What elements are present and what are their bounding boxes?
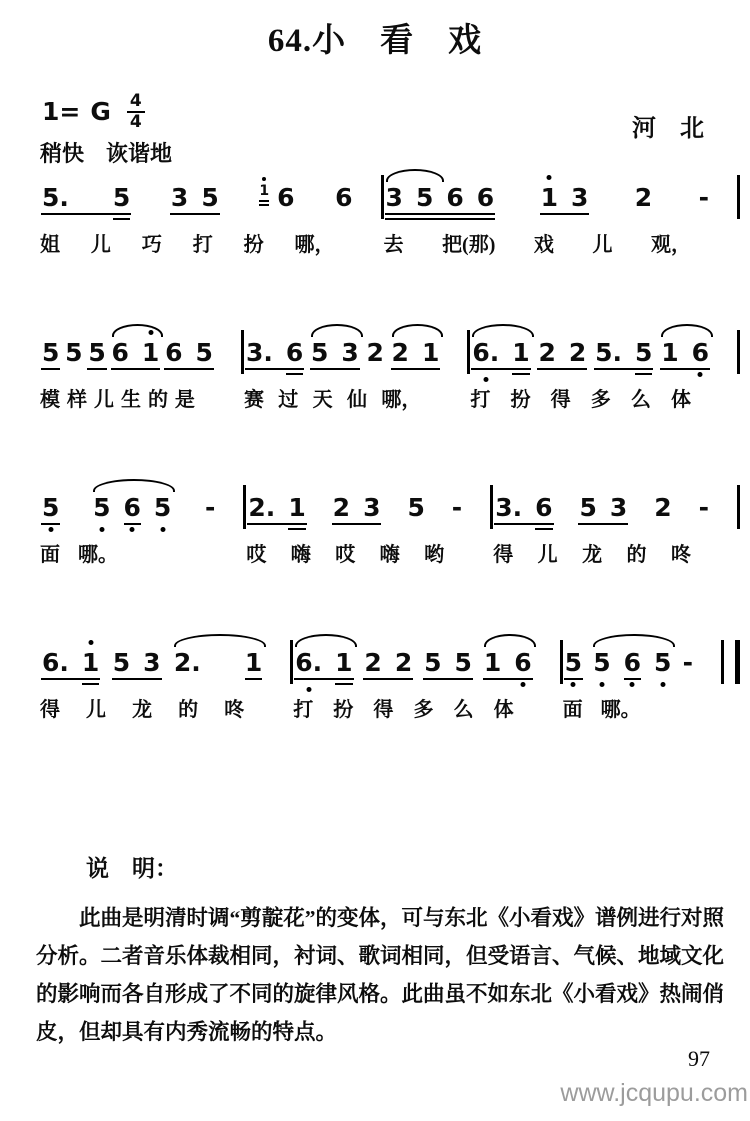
beam-line bbox=[294, 678, 353, 681]
lyrics-row: 打扮得多么体 bbox=[470, 383, 737, 412]
song-title: 64.小 看 戏 bbox=[0, 14, 750, 61]
slur-arc bbox=[93, 479, 175, 492]
lyric-syllable: 体 bbox=[671, 383, 691, 412]
note: 3 bbox=[171, 185, 188, 210]
note-group: 5.5 bbox=[595, 340, 652, 365]
note: 2 bbox=[395, 650, 412, 675]
dash-note: - bbox=[699, 495, 709, 520]
note-group: 565 bbox=[593, 650, 671, 675]
slur-arc bbox=[311, 324, 363, 337]
note: 3. bbox=[495, 495, 522, 520]
lyric-syllable: 打 bbox=[293, 693, 313, 722]
note-group: 13 bbox=[541, 185, 589, 210]
note: 5. bbox=[595, 340, 622, 365]
octave-dot-below bbox=[571, 682, 576, 687]
note-beam-line bbox=[635, 373, 652, 376]
lyric-syllable: 天 bbox=[313, 383, 333, 412]
note: 5 bbox=[196, 340, 213, 365]
explanation-body: 此曲是明清时调“剪靛花”的变体，可与东北《小看戏》谱例进行对照分析。二者音乐体裁… bbox=[36, 899, 724, 1051]
beam-line bbox=[471, 368, 530, 371]
lyric-syllable: 面 bbox=[40, 538, 60, 567]
lyric-syllable: 哪， bbox=[295, 228, 335, 257]
beam-line bbox=[578, 523, 628, 526]
measure: 5.535166姐儿巧打扮哪， bbox=[40, 180, 381, 257]
note: 6 bbox=[286, 340, 303, 365]
note-group: 65 bbox=[165, 340, 213, 365]
lyric-syllable: 儿 bbox=[592, 228, 612, 257]
note: 3 bbox=[341, 340, 358, 365]
note: 2 bbox=[569, 340, 586, 365]
lyric-syllable: 的 bbox=[148, 383, 168, 412]
note-group: - bbox=[205, 495, 215, 520]
lyric-syllable: 哎 bbox=[246, 538, 266, 567]
lyrics-row: 得儿龙的咚 bbox=[493, 538, 737, 567]
lyric-syllable: 面 bbox=[563, 693, 583, 722]
slur-arc bbox=[661, 324, 713, 337]
note: 6. bbox=[42, 650, 69, 675]
dash-note: - bbox=[205, 495, 215, 520]
note-group: 2 bbox=[654, 495, 671, 520]
beam-line bbox=[423, 678, 473, 681]
score-line: 5.535166姐儿巧打扮哪，3566132-去把(那)戏儿观， bbox=[40, 160, 740, 257]
beam-line bbox=[385, 218, 496, 221]
lyrics-row: 模样儿生的是 bbox=[40, 383, 241, 412]
region-label: 河 北 bbox=[632, 108, 704, 143]
beam-line bbox=[164, 368, 214, 371]
beam-line bbox=[41, 368, 60, 371]
lyric-syllable: 哪。 bbox=[78, 538, 118, 567]
note: 2 bbox=[333, 495, 350, 520]
lyric-syllable: 体 bbox=[494, 693, 514, 722]
lyric-syllable: 赛 bbox=[244, 383, 264, 412]
note-beam-line bbox=[286, 373, 303, 376]
measure: 6.1225.516打扮得多么体 bbox=[470, 335, 737, 412]
lyric-syllable: 嗨 bbox=[291, 538, 311, 567]
note: 6 bbox=[535, 495, 552, 520]
note-group: 565 bbox=[93, 495, 171, 520]
note: 2. bbox=[174, 650, 201, 675]
lyric-syllable: 姐 bbox=[40, 228, 60, 257]
note: 2 bbox=[366, 340, 383, 365]
measure: 3.653221赛过天仙哪， bbox=[244, 335, 467, 412]
lyric-syllable: 打 bbox=[193, 228, 213, 257]
note: 5 bbox=[113, 650, 130, 675]
octave-dot-below bbox=[599, 682, 604, 687]
beam-line bbox=[594, 368, 653, 371]
note: 3 bbox=[386, 185, 403, 210]
final-double-barline bbox=[721, 640, 740, 684]
lyric-syllable: 咚 bbox=[671, 538, 691, 567]
note: 5 bbox=[593, 650, 610, 675]
octave-dot-below bbox=[630, 682, 635, 687]
note: 2 bbox=[364, 650, 381, 675]
note: 6 bbox=[692, 340, 709, 365]
measure: 3.6532-得儿龙的咚 bbox=[493, 490, 737, 567]
note: 6 bbox=[624, 650, 641, 675]
note-beam-line bbox=[82, 683, 99, 686]
lyric-syllable: 咚 bbox=[224, 693, 244, 722]
slur-arc bbox=[472, 324, 533, 337]
note-group: 61 bbox=[112, 340, 160, 365]
notes-row: 2.1235- bbox=[246, 490, 490, 520]
note: 1 bbox=[245, 650, 262, 675]
note-group: 6.1 bbox=[295, 650, 352, 675]
lyric-syllable: 得 bbox=[373, 693, 393, 722]
note: 2 bbox=[635, 185, 652, 210]
octave-dot-below bbox=[130, 527, 135, 532]
lyric-syllable: 得 bbox=[40, 693, 60, 722]
lyrics-row: 哎嗨哎嗨哟 bbox=[246, 538, 490, 567]
note-beam-line bbox=[259, 200, 269, 202]
note-group: 16 bbox=[484, 650, 532, 675]
note-group: - bbox=[452, 495, 462, 520]
slur-arc bbox=[112, 324, 164, 337]
note-group: 6 bbox=[335, 185, 352, 210]
note-group: 3566 bbox=[386, 185, 495, 210]
note: 1 bbox=[661, 340, 678, 365]
note-beam-line bbox=[335, 683, 352, 686]
beam-line bbox=[170, 213, 220, 216]
note-group: 5 bbox=[88, 340, 105, 365]
note: 1 bbox=[335, 650, 352, 675]
lyric-syllable: 去 bbox=[384, 228, 404, 257]
lyric-syllable: 样 bbox=[67, 383, 87, 412]
note: 5 bbox=[88, 340, 105, 365]
note: 5 bbox=[416, 185, 433, 210]
note: 3 bbox=[610, 495, 627, 520]
note: 5 bbox=[565, 650, 582, 675]
lyrics-row: 去把(那)戏儿观， bbox=[384, 228, 737, 257]
lyric-syllable: 龙 bbox=[582, 538, 602, 567]
note-group: 2 bbox=[366, 340, 383, 365]
lyric-syllable: 巧 bbox=[142, 228, 162, 257]
note: 6. bbox=[295, 650, 322, 675]
note-group: 5 bbox=[42, 495, 59, 520]
beam-line bbox=[41, 213, 131, 216]
note-group: 16 bbox=[259, 184, 294, 210]
page-number: 97 bbox=[688, 1046, 710, 1072]
lyric-syllable: 把(那) bbox=[442, 228, 495, 257]
note: 3 bbox=[363, 495, 380, 520]
measure: 5565-面哪。 bbox=[563, 645, 721, 722]
note-group: 5 bbox=[565, 650, 582, 675]
lyrics-row: 赛过天仙哪， bbox=[244, 383, 467, 412]
note: 6 bbox=[112, 340, 129, 365]
note: 6 bbox=[477, 185, 494, 210]
note-group: 53 bbox=[113, 650, 161, 675]
octave-dot-below bbox=[48, 527, 53, 532]
slur-arc bbox=[484, 634, 536, 647]
lyrics-row: 姐儿巧打扮哪， bbox=[40, 228, 381, 257]
beam-line bbox=[310, 368, 360, 371]
octave-dot-below bbox=[306, 687, 311, 692]
slur-arc bbox=[392, 324, 444, 337]
lyric-syllable: 模 bbox=[40, 383, 60, 412]
lyric-syllable: 哟 bbox=[424, 538, 444, 567]
slur-arc bbox=[295, 634, 356, 647]
beam-line bbox=[537, 368, 587, 371]
note: 6 bbox=[335, 185, 352, 210]
note-group: 35 bbox=[171, 185, 219, 210]
lyric-syllable: 哪。 bbox=[601, 693, 641, 722]
lyric-syllable: 戏 bbox=[534, 228, 554, 257]
note-group: 6.1 bbox=[472, 340, 529, 365]
lyric-syllable: 哎 bbox=[335, 538, 355, 567]
lyric-syllable: 仙 bbox=[347, 383, 367, 412]
grace-note: 1 bbox=[259, 184, 269, 198]
note-group: - bbox=[699, 495, 709, 520]
note-group: 22 bbox=[364, 650, 412, 675]
measure: 5556165模样儿生的是 bbox=[40, 335, 241, 412]
note: 6 bbox=[165, 340, 182, 365]
note: 1 bbox=[288, 495, 305, 520]
beam-line bbox=[332, 523, 382, 526]
beam-line bbox=[41, 523, 60, 526]
note-group: 21 bbox=[392, 340, 440, 365]
beam-line bbox=[391, 368, 441, 371]
note: 6 bbox=[514, 650, 531, 675]
measure: 2.1235-哎嗨哎嗨哟 bbox=[246, 490, 490, 567]
octave-dot-below bbox=[520, 682, 525, 687]
octave-dot-above bbox=[547, 175, 552, 180]
key-letter: G bbox=[90, 97, 111, 126]
time-denominator: 4 bbox=[127, 113, 145, 132]
lyric-syllable: 是 bbox=[175, 383, 195, 412]
note: 5 bbox=[654, 650, 671, 675]
beam-line bbox=[247, 523, 306, 526]
watermark-url: www.jcqupu.com bbox=[560, 1079, 748, 1108]
note: 3 bbox=[571, 185, 588, 210]
note: 5 bbox=[42, 340, 59, 365]
beam-line bbox=[112, 678, 162, 681]
note-beam-line bbox=[124, 523, 141, 526]
note: 5 bbox=[579, 495, 596, 520]
beam-line bbox=[245, 368, 304, 371]
note-group: - bbox=[699, 185, 709, 210]
notes-row: 5565- bbox=[563, 645, 721, 675]
lyric-syllable: 得 bbox=[551, 383, 571, 412]
octave-dot-below bbox=[660, 682, 665, 687]
lyric-syllable: 哪， bbox=[381, 383, 421, 412]
notes-row: 5.535166 bbox=[40, 180, 381, 210]
notes-row: 3.653221 bbox=[244, 335, 467, 365]
note-group: 6.1 bbox=[42, 650, 99, 675]
slur-arc bbox=[174, 634, 266, 647]
notes-row: 3.6532- bbox=[493, 490, 737, 520]
note-group: 2.1 bbox=[248, 495, 305, 520]
lyric-syllable: 儿 bbox=[86, 693, 106, 722]
dash-note: - bbox=[683, 650, 693, 675]
notes-row: 3566132- bbox=[384, 180, 737, 210]
note: 6. bbox=[472, 340, 499, 365]
lyrics-row: 打扮得多么体 bbox=[293, 693, 559, 722]
measure: 6.1225516打扮得多么体 bbox=[293, 645, 559, 722]
note-group: 5 bbox=[42, 340, 59, 365]
score-line: 5556165模样儿生的是3.653221赛过天仙哪，6.1225.516打扮得… bbox=[40, 315, 740, 412]
octave-dot-below bbox=[160, 527, 165, 532]
octave-dot-above bbox=[88, 640, 93, 645]
note: 6 bbox=[277, 185, 294, 210]
dash-note: - bbox=[452, 495, 462, 520]
beam-line bbox=[494, 523, 553, 526]
notes-row: 6.1532.1 bbox=[40, 645, 290, 675]
notes-row: 5556165 bbox=[40, 335, 241, 365]
time-numerator: 4 bbox=[127, 92, 145, 113]
note-beam-line bbox=[259, 204, 269, 206]
note-group: 23 bbox=[333, 495, 381, 520]
notes-row: 5565- bbox=[40, 490, 243, 520]
note: 1 bbox=[82, 650, 99, 675]
note-beam-line bbox=[245, 678, 262, 681]
note-group: 2.1 bbox=[174, 650, 262, 675]
note-group: 2 bbox=[635, 185, 652, 210]
note: 5 bbox=[201, 185, 218, 210]
note: 5 bbox=[424, 650, 441, 675]
key-signature: 1= G 4 4 bbox=[42, 92, 145, 131]
note: 5 bbox=[93, 495, 110, 520]
note-group: 53 bbox=[311, 340, 359, 365]
beam-line bbox=[660, 368, 710, 371]
beam-line bbox=[385, 213, 496, 216]
dash-note: - bbox=[699, 185, 709, 210]
notes-row: 6.1225516 bbox=[293, 645, 559, 675]
key-prefix: 1= bbox=[42, 97, 80, 126]
barline bbox=[737, 485, 740, 529]
measure: 6.1532.1得儿龙的咚 bbox=[40, 645, 290, 722]
note-group: - bbox=[683, 650, 693, 675]
lyric-syllable: 儿 bbox=[538, 538, 558, 567]
lyric-syllable: 么 bbox=[631, 383, 651, 412]
octave-dot-above bbox=[262, 177, 266, 181]
note: 2. bbox=[248, 495, 275, 520]
octave-dot-below bbox=[99, 527, 104, 532]
beam-line bbox=[111, 368, 161, 371]
lyric-syllable: 观， bbox=[651, 228, 691, 257]
lyric-syllable: 的 bbox=[627, 538, 647, 567]
lyric-syllable: 嗨 bbox=[380, 538, 400, 567]
beam-line bbox=[564, 678, 583, 681]
note: 5 bbox=[455, 650, 472, 675]
barline bbox=[737, 175, 740, 219]
note: 1 bbox=[142, 340, 159, 365]
lyric-syllable: 龙 bbox=[132, 693, 152, 722]
sheet-music-page: 64.小 看 戏 1= G 4 4 河 北 稍快 诙谐地 5.535166姐儿巧… bbox=[0, 0, 750, 1121]
lyrics-row: 面哪。 bbox=[563, 693, 721, 722]
note: 5 bbox=[311, 340, 328, 365]
note: 5 bbox=[42, 495, 59, 520]
slur-arc bbox=[386, 169, 444, 182]
beam-line bbox=[87, 368, 106, 371]
note: 2 bbox=[392, 340, 409, 365]
note: 6 bbox=[446, 185, 463, 210]
note: 1 bbox=[512, 340, 529, 365]
note-group: 55 bbox=[424, 650, 472, 675]
note: 5 bbox=[407, 495, 424, 520]
note-group: 22 bbox=[538, 340, 586, 365]
beam-line bbox=[540, 213, 590, 216]
note-group: 5.5 bbox=[42, 185, 130, 210]
explanation-heading: 说 明： bbox=[86, 850, 724, 883]
time-signature: 4 4 bbox=[127, 92, 145, 131]
note: 5 bbox=[65, 340, 82, 365]
lyric-syllable: 多 bbox=[591, 383, 611, 412]
lyrics-row: 得儿龙的咚 bbox=[40, 693, 290, 722]
lyric-syllable: 儿 bbox=[94, 383, 114, 412]
note-beam-line bbox=[535, 528, 552, 531]
explanation-section: 说 明： 此曲是明清时调“剪靛花”的变体，可与东北《小看戏》谱例进行对照分析。二… bbox=[36, 850, 724, 1051]
measure: 5565-面哪。 bbox=[40, 490, 243, 567]
slur-arc bbox=[593, 634, 675, 647]
beam-line bbox=[483, 678, 533, 681]
note-group: 5 bbox=[65, 340, 82, 365]
note-beam-line bbox=[288, 528, 305, 531]
octave-dot-below bbox=[698, 372, 703, 377]
lyric-syllable: 扮 bbox=[244, 228, 264, 257]
lyric-syllable: 的 bbox=[178, 693, 198, 722]
note: 5 bbox=[635, 340, 652, 365]
note: 5 bbox=[113, 185, 130, 210]
lyric-syllable: 生 bbox=[121, 383, 141, 412]
note-group: 3.6 bbox=[495, 495, 552, 520]
note: 1 bbox=[422, 340, 439, 365]
lyric-syllable: 扮 bbox=[511, 383, 531, 412]
note: 5. bbox=[42, 185, 69, 210]
note-beam-line bbox=[624, 678, 641, 681]
note: 2 bbox=[538, 340, 555, 365]
lyric-syllable: 扮 bbox=[333, 693, 353, 722]
note-beam-line bbox=[512, 373, 529, 376]
score: 5.535166姐儿巧打扮哪，3566132-去把(那)戏儿观，5556165模… bbox=[40, 160, 740, 780]
notes-row: 6.1225.516 bbox=[470, 335, 737, 365]
note-beam-line bbox=[113, 218, 130, 221]
note: 1 bbox=[484, 650, 501, 675]
lyric-syllable: 多 bbox=[413, 693, 433, 722]
lyrics-row: 面哪。 bbox=[40, 538, 243, 567]
lyric-syllable: 么 bbox=[454, 693, 474, 722]
note: 3 bbox=[143, 650, 160, 675]
barline bbox=[737, 330, 740, 374]
note: 6 bbox=[124, 495, 141, 520]
note-group: 3.6 bbox=[246, 340, 303, 365]
lyric-syllable: 儿 bbox=[91, 228, 111, 257]
note: 3. bbox=[246, 340, 273, 365]
score-line: 5565-面哪。2.1235-哎嗨哎嗨哟3.6532-得儿龙的咚 bbox=[40, 470, 740, 567]
note-group: 5 bbox=[407, 495, 424, 520]
beam-line bbox=[363, 678, 413, 681]
note-group: 16 bbox=[661, 340, 709, 365]
note: 1 bbox=[541, 185, 558, 210]
beam-line bbox=[41, 678, 100, 681]
note-group: 53 bbox=[579, 495, 627, 520]
measure: 3566132-去把(那)戏儿观， bbox=[384, 180, 737, 257]
score-line: 6.1532.1得儿龙的咚6.1225516打扮得多么体5565-面哪。 bbox=[40, 625, 740, 722]
note: 5 bbox=[154, 495, 171, 520]
lyric-syllable: 得 bbox=[493, 538, 513, 567]
octave-dot-below bbox=[483, 377, 488, 382]
lyric-syllable: 过 bbox=[278, 383, 298, 412]
note: 2 bbox=[654, 495, 671, 520]
lyric-syllable: 打 bbox=[470, 383, 490, 412]
